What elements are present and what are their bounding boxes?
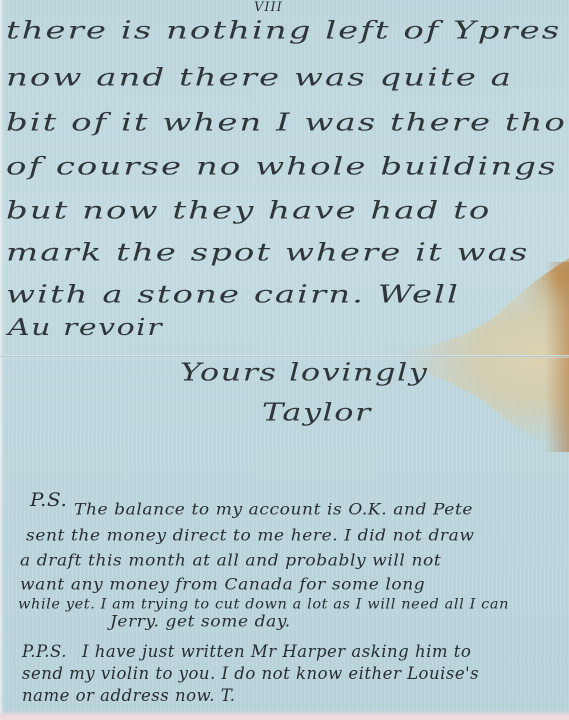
body-line-4: of course no whole buildings xyxy=(6,152,558,181)
letter-page: VIII there is nothing left of Ypres now … xyxy=(0,0,569,720)
pps-line-3: name or address now. T. xyxy=(22,686,236,705)
body-line-1: there is nothing left of Ypres xyxy=(6,16,561,45)
pps-line-2: send my violin to you. I do not know eit… xyxy=(22,664,479,683)
body-line-6: mark the spot where it was xyxy=(6,238,529,267)
pps-label: P.P.S. xyxy=(22,642,67,661)
body-line-7: with a stone cairn. Well xyxy=(6,280,460,309)
body-line-2: now and there was quite a xyxy=(6,63,513,92)
ps-line-1: The balance to my account is O.K. and Pe… xyxy=(74,500,473,519)
body-line-5: but now they have had to xyxy=(6,196,491,225)
closing-text: Au revoir xyxy=(8,314,163,341)
ps-line-5: while yet. I am trying to cut down a lot… xyxy=(18,597,509,612)
pps-line-1: I have just written Mr Harper asking him… xyxy=(82,642,471,661)
paper-edge xyxy=(0,0,4,720)
page-number: VIII xyxy=(254,0,283,15)
ps-label: P.S. xyxy=(30,488,68,511)
ps-line-3: a draft this month at all and probably w… xyxy=(20,551,441,570)
ps-line-4: want any money from Canada for some long xyxy=(20,575,425,594)
ps-line-6: Jerry. get some day. xyxy=(110,612,291,631)
valediction: Yours lovingly xyxy=(180,358,428,387)
ps-line-2: sent the money direct to me here. I did … xyxy=(26,526,475,545)
body-line-3: bit of it when I was there though xyxy=(6,108,569,137)
signature: Taylor xyxy=(262,398,372,427)
